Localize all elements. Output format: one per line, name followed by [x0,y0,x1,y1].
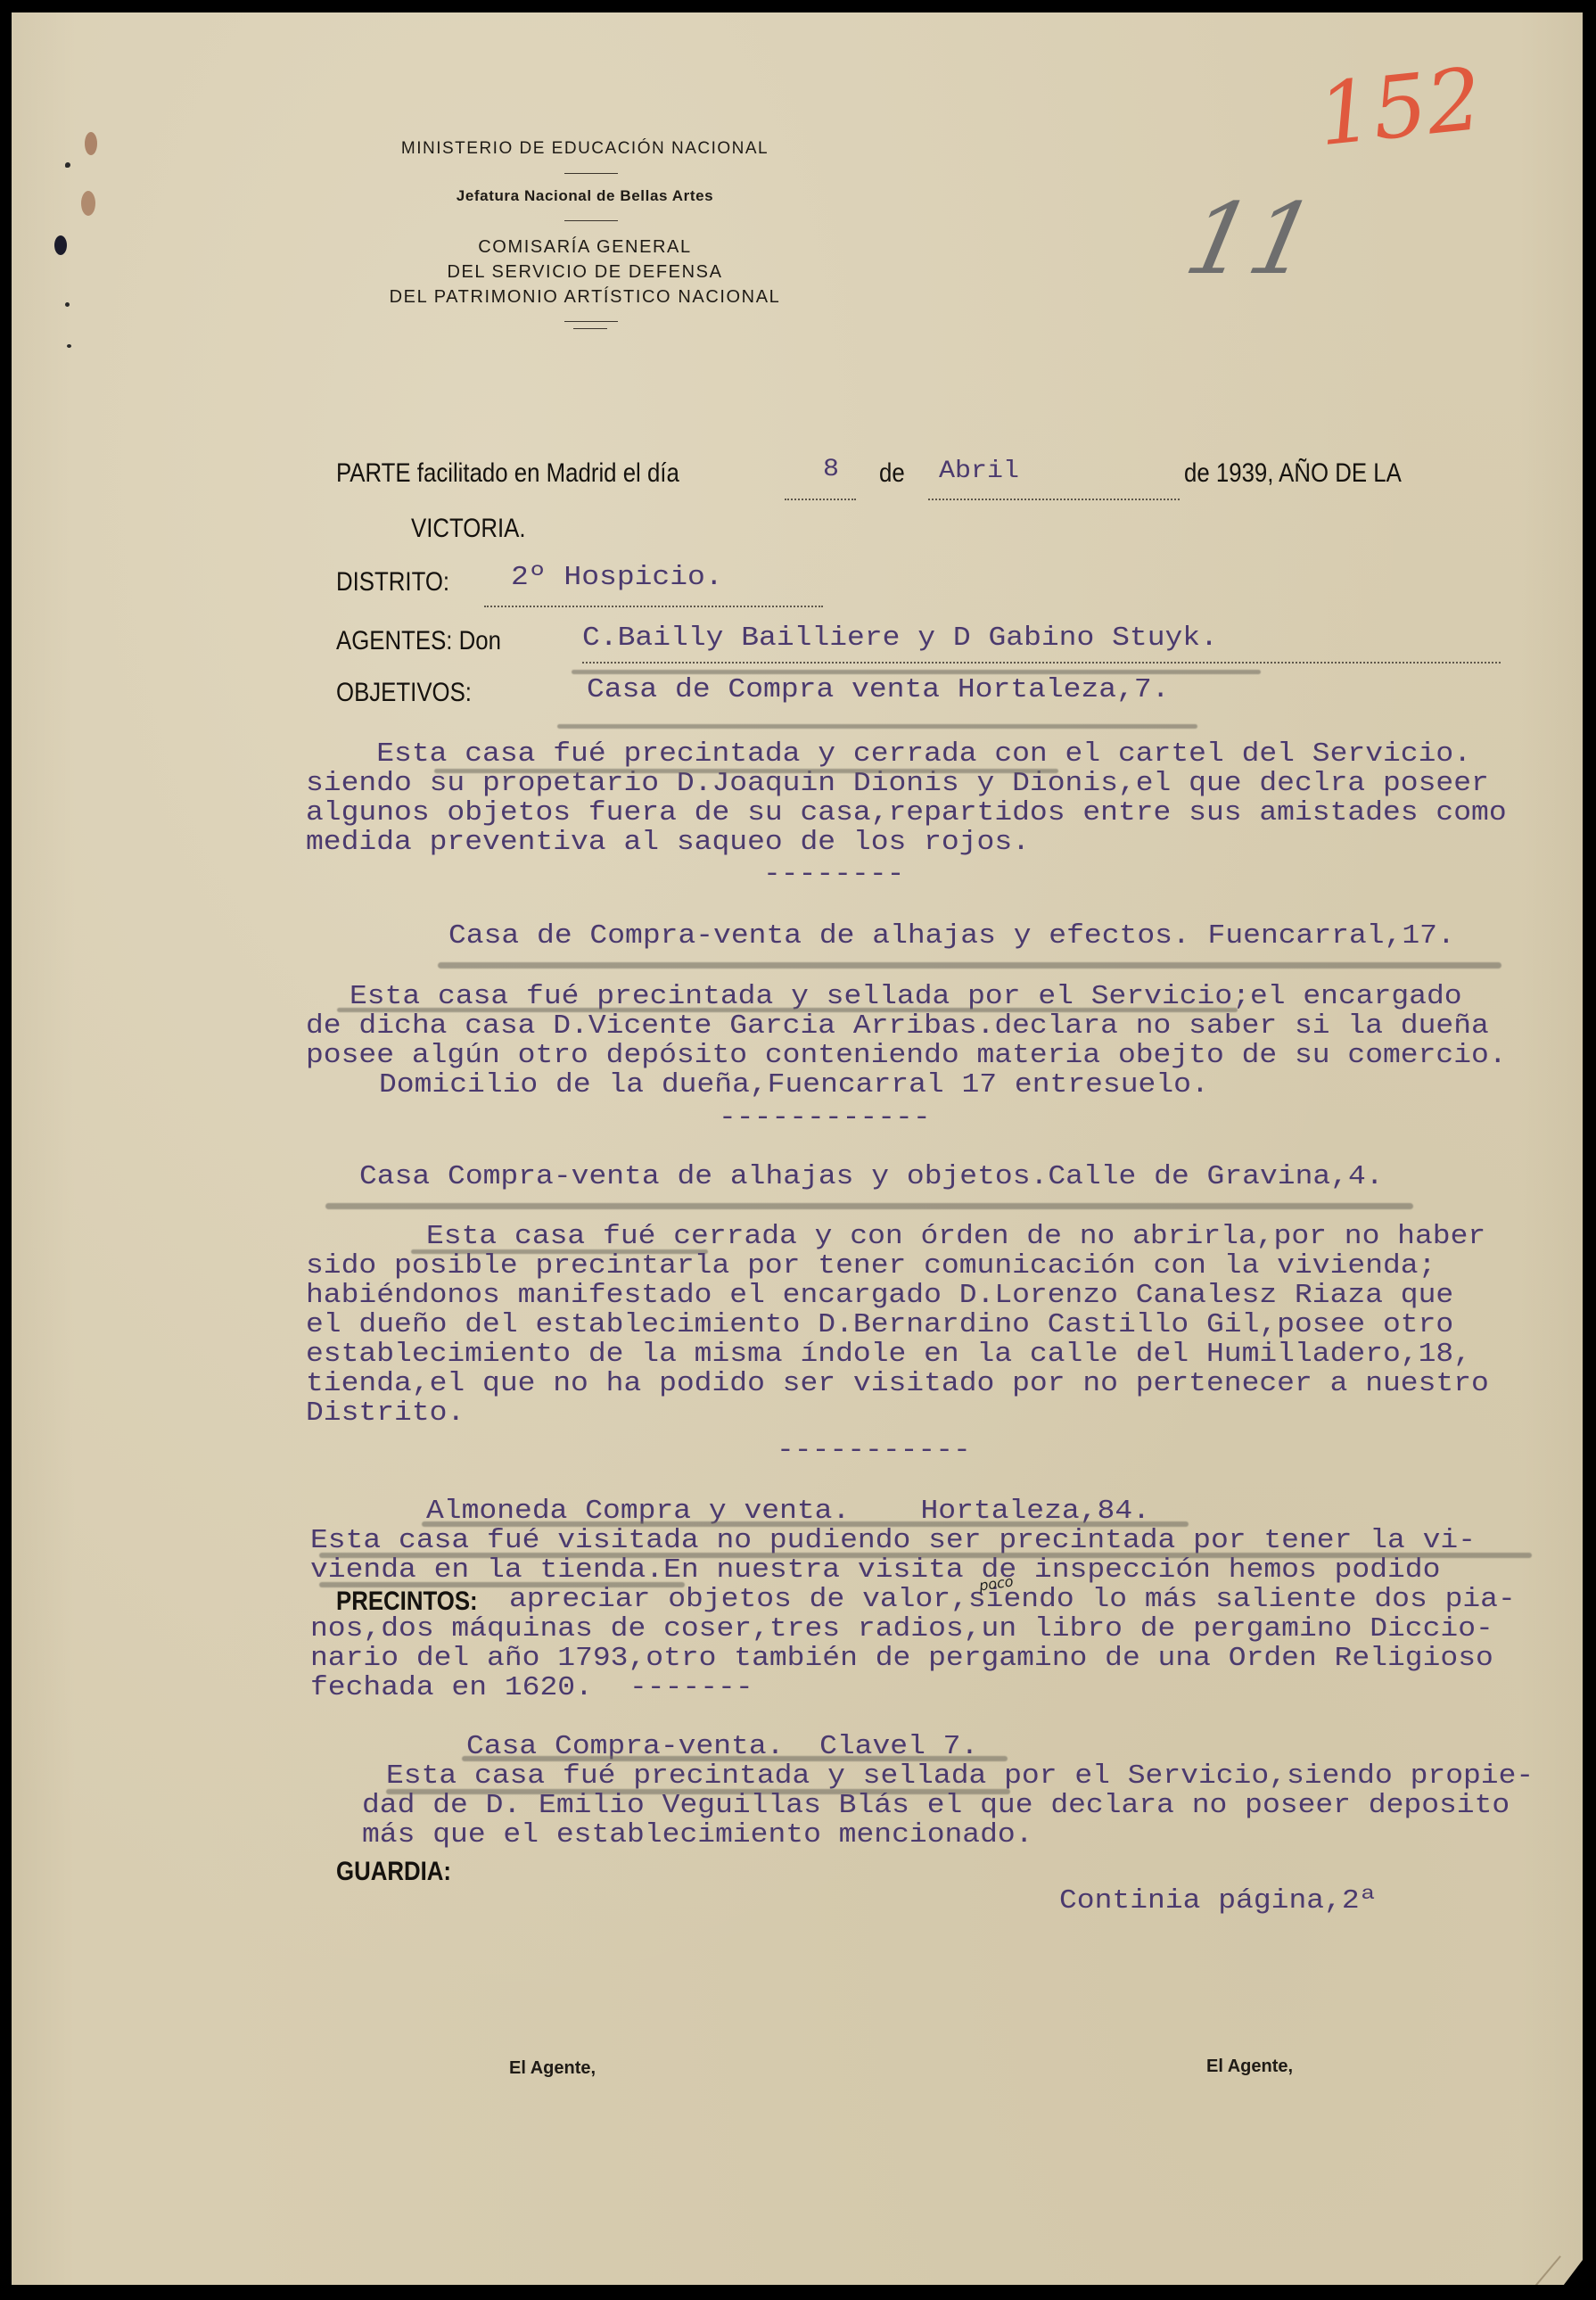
pencil-underline [434,769,1058,773]
entry-separator: ------- [629,1674,753,1701]
pencil-underline [557,724,1197,729]
letterhead-department: Jefatura Nacional de Bellas Artes [279,187,891,205]
pencil-number: 11 [1176,182,1325,296]
letterhead-divider [564,173,618,174]
red-folio-number: 152 [1313,49,1486,166]
rust-stain [81,191,95,216]
entry-line: nario del año 1793,otro también de perga… [310,1645,1493,1671]
rust-stain [85,132,97,155]
agentes-value: C.Bailly Bailliere y D Gabino Stuyk. [582,624,1218,651]
objetivos-label: OBJETIVOS: [336,678,472,708]
entry-line: el dueño del establecimiento D.Bernardin… [306,1311,1453,1338]
margin-dot [65,164,69,168]
precintos-label: PRECINTOS: [336,1587,478,1617]
entry-heading: Casa Compra-venta de alhajas y objetos.C… [359,1163,1384,1190]
month-value: Abril [939,458,1019,485]
entry-line: algunos objetos fuera de su casa,reparti… [306,799,1507,826]
entry-line: tienda,el que no ha podido ser visitado … [306,1370,1489,1397]
entry-line: establecimiento de la misma índole en la… [306,1340,1471,1367]
letterhead-ministry: MINISTERIO DE EDUCACIÓN NACIONAL [279,139,891,159]
entry-line: apreciar objetos de valor,siendo lo más … [509,1586,1516,1612]
letterhead-commission-3: DEL PATRIMONIO ARTÍSTICO NACIONAL [279,287,891,308]
entry-separator: ----------- [777,1437,971,1463]
entry-line: más que el establecimiento mencionado. [362,1821,1033,1848]
entry-line: nos,dos máquinas de coser,tres radios,un… [310,1615,1493,1642]
entry-line: Distrito. [306,1399,465,1426]
agentes-label: AGENTES: Don [336,626,501,656]
agentes-dotted-line [582,662,1501,664]
entry-separator: ------------ [719,1104,931,1131]
distrito-value: 2º Hospicio. [511,564,723,590]
pencil-underline [325,1203,1413,1209]
day-dotted-line [785,499,856,500]
day-value: 8 [823,457,839,483]
entry-heading: Casa de Compra-venta de alhajas y efecto… [448,922,1455,949]
guardia-label: GUARDIA: [336,1857,451,1887]
signature-label-right: El Agente, [1206,2057,1293,2077]
entry-line: posee algún otro depósito conteniendo ma… [306,1042,1507,1068]
entry-line: Domicilio de la dueña,Fuencarral 17 entr… [379,1071,1209,1098]
entry-line: Esta casa fué precintada y cerrada con e… [306,740,1471,767]
entry-line: sido posible precintarla por tener comun… [306,1252,1436,1279]
distrito-dotted-line [484,606,823,607]
entry-line: Esta casa fué precintada y sellada por e… [350,983,1462,1010]
entry-line: Esta casa fué visitada no pudiendo ser p… [310,1527,1476,1554]
entry-line: habiéndonos manifestado el encargado D.L… [306,1282,1453,1308]
corner-crease [1531,2255,1561,2291]
entry-line: siendo su propetario D.Joaquin Dionis y … [306,770,1489,796]
entry-line: Esta casa fué cerrada y con órden de no … [426,1223,1485,1249]
entry-line: de dicha casa D.Vicente Garcia Arribas.d… [306,1012,1489,1039]
margin-dot [67,344,71,348]
victoria-label: VICTORIA. [411,514,526,544]
letterhead-commission-1: COMISARÍA GENERAL [279,237,891,258]
letterhead-commission-2: DEL SERVICIO DE DEFENSA [279,262,891,283]
de-label: de [879,458,905,489]
margin-dot [65,302,70,307]
punch-hole-mark [54,235,67,255]
entry-line: Esta casa fué precintada y sellada por e… [386,1762,1534,1789]
document-page: MINISTERIO DE EDUCACIÓN NACIONAL Jefatur… [12,12,1583,2285]
objetivos-value: Casa de Compra venta Hortaleza,7. [587,676,1170,703]
distrito-label: DISTRITO: [336,567,449,598]
pencil-underline [438,962,1501,969]
month-dotted-line [928,499,1180,500]
year-label: de 1939, AÑO DE LA [1184,458,1402,489]
entry-line: medida preventiva al saqueo de los rojos… [306,828,1030,855]
letterhead-divider [564,321,618,322]
entry-line: fechada en 1620. [310,1674,593,1701]
entry-line: vienda en la tienda.En nuestra visita de… [310,1556,1440,1583]
letterhead-divider [573,328,607,329]
signature-label-left: El Agente, [509,2058,596,2079]
entry-line: dad de D. Emilio Veguillas Blás el que d… [362,1792,1510,1818]
continuation-note: Continia página,2ª [1059,1887,1377,1914]
parte-label: PARTE facilitado en Madrid el día [336,458,679,489]
entry-heading: Almoneda Compra y venta. Hortaleza,84. [426,1497,1150,1524]
entry-separator: -------- [763,861,904,887]
letterhead-divider [564,220,618,221]
